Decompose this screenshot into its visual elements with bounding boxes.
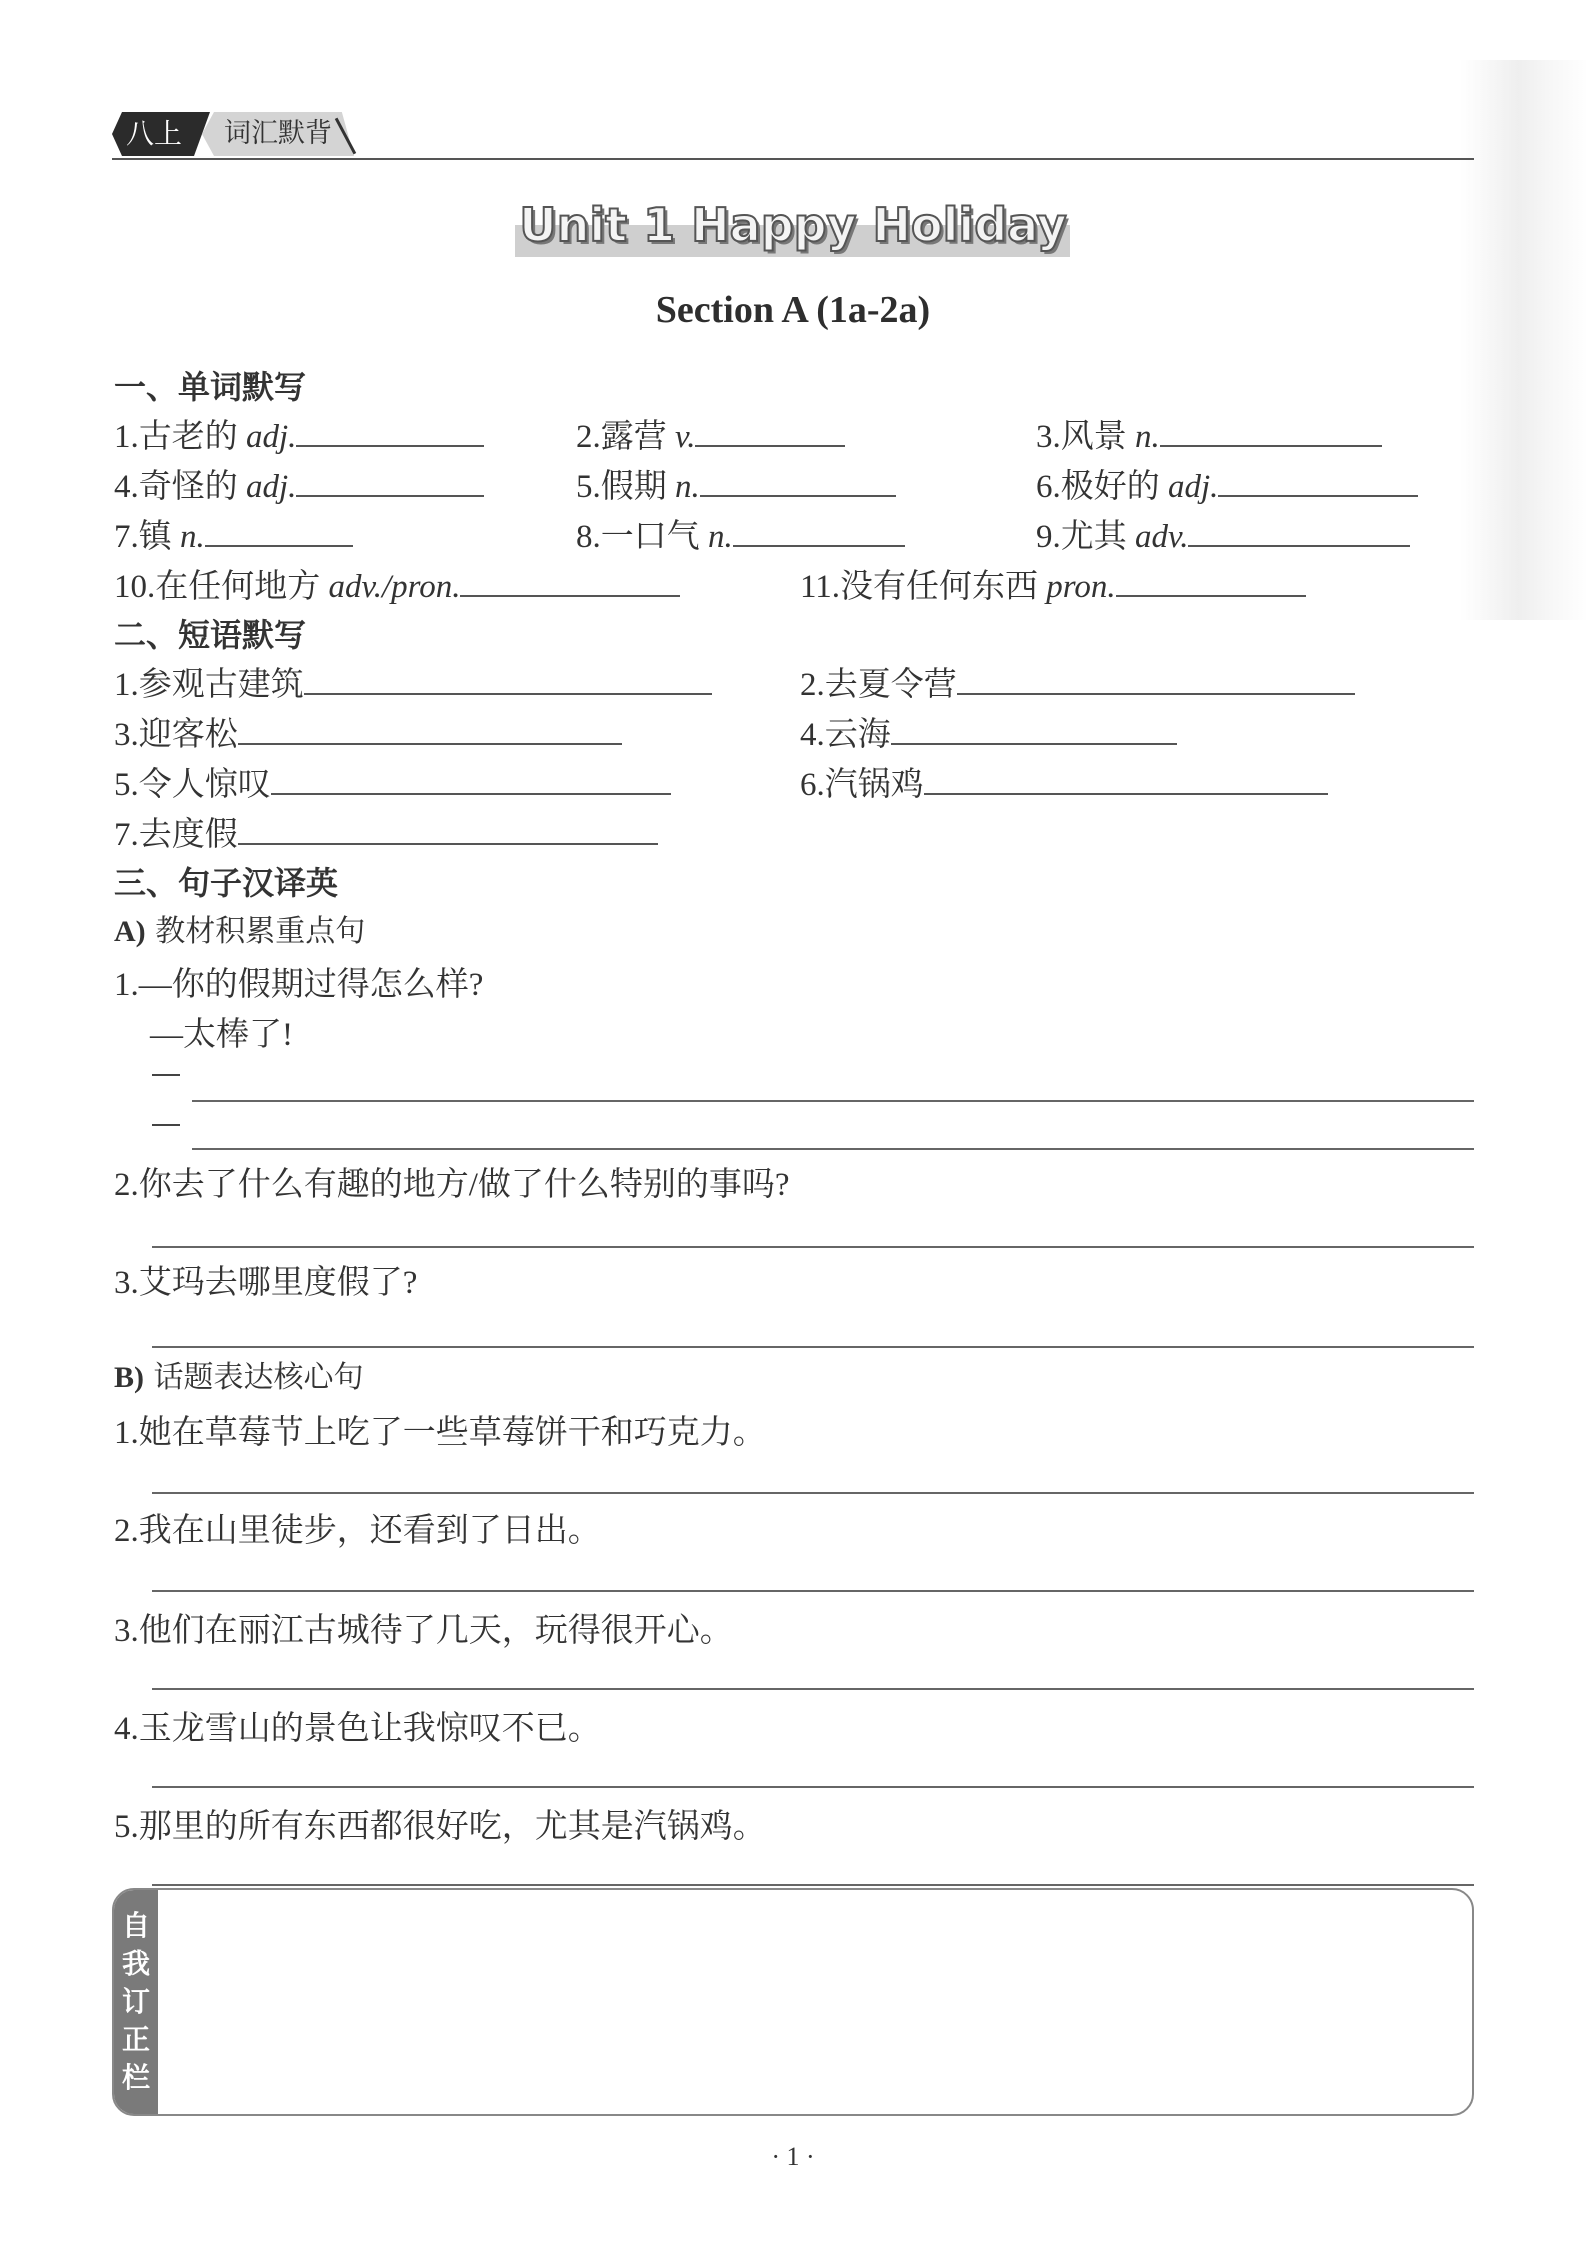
item-pos: adv. xyxy=(1135,519,1188,555)
item-pos: adj. xyxy=(1168,469,1218,505)
item-chinese: 去夏令营 xyxy=(825,667,957,703)
item-chinese: 尤其 xyxy=(1061,519,1127,555)
item-chinese: 迎客松 xyxy=(139,717,238,753)
item-number: 8. xyxy=(576,519,601,555)
item-pos: pron. xyxy=(1046,569,1115,605)
answer-blank[interactable] xyxy=(1218,494,1418,497)
word-item: 5.假期 n. xyxy=(576,460,896,507)
answer-blank[interactable] xyxy=(296,444,484,447)
item-pos: n. xyxy=(675,469,700,505)
answer-blank[interactable] xyxy=(238,842,658,845)
item-pos: adj. xyxy=(246,419,296,455)
item-chinese: 在任何地方 xyxy=(155,569,320,605)
item-number: 1. xyxy=(114,419,139,455)
item-number: 6. xyxy=(1036,469,1061,505)
answer-line[interactable] xyxy=(152,1688,1474,1690)
answer-blank[interactable] xyxy=(271,792,671,795)
sentence-item: 3.艾玛去哪里度假了? xyxy=(114,1256,417,1303)
item-chinese: 没有任何东西 xyxy=(840,569,1038,605)
item-number: 5. xyxy=(576,469,601,505)
item-number: 5. xyxy=(114,767,139,803)
word-item: 2.露营 v. xyxy=(576,410,845,457)
part1-heading: 一、单词默写 xyxy=(114,362,306,408)
item-number: 4. xyxy=(114,469,139,505)
subsection-label: B) xyxy=(114,1361,144,1394)
answer-line[interactable] xyxy=(152,1492,1474,1494)
dialogue-dash xyxy=(152,1074,180,1076)
item-number: 3. xyxy=(114,1265,139,1301)
item-chinese: 玉龙雪山的景色让我惊叹不已。 xyxy=(139,1711,601,1747)
answer-blank[interactable] xyxy=(733,544,905,547)
word-item: 6.极好的 adj. xyxy=(1036,460,1418,507)
word-item: 7.镇 n. xyxy=(114,510,353,557)
answer-line[interactable] xyxy=(192,1148,1474,1150)
word-item: 3.风景 n. xyxy=(1036,410,1382,457)
word-item: 1.古老的 adj. xyxy=(114,410,484,457)
item-chinese: 露营 xyxy=(601,419,667,455)
word-item: 8.一口气 n. xyxy=(576,510,905,557)
item-number: 9. xyxy=(1036,519,1061,555)
item-chinese: 艾玛去哪里度假了? xyxy=(139,1265,418,1301)
item-number: 3. xyxy=(114,1613,139,1649)
item-chinese: 一口气 xyxy=(601,519,700,555)
item-chinese: 他们在丽江古城待了几天，玩得很开心。 xyxy=(139,1613,733,1649)
item-chinese: 那里的所有东西都很好吃，尤其是汽锅鸡。 xyxy=(139,1809,766,1845)
item-chinese: 假期 xyxy=(601,469,667,505)
sentence-reply: —太棒了! xyxy=(150,1008,293,1055)
word-item: 9.尤其 adv. xyxy=(1036,510,1410,557)
item-number: 2. xyxy=(576,419,601,455)
item-chinese: 云海 xyxy=(825,717,891,753)
label-char: 栏 xyxy=(122,2059,150,2097)
item-chinese: —你的假期过得怎么样? xyxy=(139,967,484,1003)
answer-blank[interactable] xyxy=(296,494,484,497)
part2-heading: 二、短语默写 xyxy=(114,610,306,656)
label-char: 订 xyxy=(122,1983,150,2021)
item-chinese: 参观古建筑 xyxy=(139,667,304,703)
word-item: 10.在任何地方 adv./pron. xyxy=(114,560,680,607)
item-chinese: 去度假 xyxy=(139,817,238,853)
answer-line[interactable] xyxy=(152,1786,1474,1788)
item-chinese: 你去了什么有趣的地方/做了什么特别的事吗? xyxy=(139,1167,790,1203)
part3-heading: 三、句子汉译英 xyxy=(114,858,338,904)
item-number: 7. xyxy=(114,519,139,555)
sentence-item: 2.我在山里徒步，还看到了日出。 xyxy=(114,1504,601,1551)
item-number: 6. xyxy=(800,767,825,803)
section-title: Section A (1a-2a) xyxy=(0,288,1586,332)
self-correction-box[interactable]: 自 我 订 正 栏 xyxy=(112,1888,1474,2116)
item-number: 3. xyxy=(114,717,139,753)
page-number: · 1 · xyxy=(0,2142,1586,2172)
subsection-text: 教材积累重点句 xyxy=(155,914,365,949)
phrase-item: 7.去度假 xyxy=(114,808,658,855)
phrase-item: 1.参观古建筑 xyxy=(114,658,712,705)
answer-blank[interactable] xyxy=(460,594,680,597)
sentence-item: 3.他们在丽江古城待了几天，玩得很开心。 xyxy=(114,1604,733,1651)
item-number: 2. xyxy=(800,667,825,703)
answer-blank[interactable] xyxy=(1160,444,1382,447)
item-number: 11. xyxy=(800,569,840,605)
phrase-item: 4.云海 xyxy=(800,708,1177,755)
item-chinese: 风景 xyxy=(1061,419,1127,455)
header-rule xyxy=(112,158,1474,160)
item-number: 4. xyxy=(114,1711,139,1747)
item-number: 1. xyxy=(114,667,139,703)
answer-line[interactable] xyxy=(152,1884,1474,1886)
answer-blank[interactable] xyxy=(891,742,1177,745)
answer-blank[interactable] xyxy=(695,444,845,447)
item-chinese: 她在草莓节上吃了一些草莓饼干和巧克力。 xyxy=(139,1415,766,1451)
sentence-item: 1.—你的假期过得怎么样? xyxy=(114,958,483,1005)
dialogue-dash xyxy=(152,1124,180,1126)
answer-blank[interactable] xyxy=(238,742,622,745)
item-pos: adv./pron. xyxy=(329,569,461,605)
label-char: 自 xyxy=(122,1907,150,1945)
item-number: 10. xyxy=(114,569,155,605)
item-chinese: 镇 xyxy=(139,519,172,555)
item-number: 1. xyxy=(114,1415,139,1451)
item-number: 1. xyxy=(114,967,139,1003)
book-label: 词汇默背 xyxy=(202,112,354,156)
item-number: 5. xyxy=(114,1809,139,1845)
phrase-item: 6.汽锅鸡 xyxy=(800,758,1328,805)
item-number: 7. xyxy=(114,817,139,853)
answer-blank[interactable] xyxy=(957,692,1355,695)
grade-label: 八上 xyxy=(112,112,210,156)
label-char: 正 xyxy=(122,2021,150,2059)
answer-blank[interactable] xyxy=(1116,594,1306,597)
item-pos: n. xyxy=(1135,419,1160,455)
answer-blank[interactable] xyxy=(924,792,1328,795)
answer-blank[interactable] xyxy=(205,544,353,547)
subsection-b-title: B) 话题表达核心句 xyxy=(114,1352,364,1396)
item-number: 4. xyxy=(800,717,825,753)
label-char: 我 xyxy=(122,1945,150,1983)
answer-blank[interactable] xyxy=(700,494,896,497)
sentence-item: 5.那里的所有东西都很好吃，尤其是汽锅鸡。 xyxy=(114,1800,766,1847)
answer-line[interactable] xyxy=(152,1590,1474,1592)
item-pos: v. xyxy=(675,419,695,455)
answer-blank[interactable] xyxy=(1188,544,1410,547)
answer-line[interactable] xyxy=(192,1100,1474,1102)
phrase-item: 5.令人惊叹 xyxy=(114,758,671,805)
item-pos: adj. xyxy=(246,469,296,505)
subsection-text: 话题表达核心句 xyxy=(154,1360,364,1395)
item-chinese: 奇怪的 xyxy=(139,469,238,505)
item-number: 2. xyxy=(114,1167,139,1203)
answer-blank[interactable] xyxy=(304,692,712,695)
sentence-item: 1.她在草莓节上吃了一些草莓饼干和巧克力。 xyxy=(114,1406,766,1453)
answer-line[interactable] xyxy=(152,1346,1474,1348)
item-chinese: 我在山里徒步，还看到了日出。 xyxy=(139,1513,601,1549)
subsection-a-title: A) 教材积累重点句 xyxy=(114,906,365,950)
sentence-item: 4.玉龙雪山的景色让我惊叹不已。 xyxy=(114,1702,601,1749)
item-pos: n. xyxy=(180,519,205,555)
word-item: 4.奇怪的 adj. xyxy=(114,460,484,507)
phrase-item: 3.迎客松 xyxy=(114,708,622,755)
unit-title: Unit 1 Happy Holiday xyxy=(0,198,1586,252)
self-correction-label: 自 我 订 正 栏 xyxy=(114,1890,158,2114)
sentence-item: 2.你去了什么有趣的地方/做了什么特别的事吗? xyxy=(114,1158,790,1205)
item-pos: n. xyxy=(708,519,733,555)
scan-shadow xyxy=(1460,60,1586,620)
item-chinese: 汽锅鸡 xyxy=(825,767,924,803)
phrase-item: 2.去夏令营 xyxy=(800,658,1355,705)
word-item: 11.没有任何东西 pron. xyxy=(800,560,1306,607)
item-chinese: 古老的 xyxy=(139,419,238,455)
item-number: 3. xyxy=(1036,419,1061,455)
item-chinese: 令人惊叹 xyxy=(139,767,271,803)
subsection-label: A) xyxy=(114,915,146,948)
item-chinese: 极好的 xyxy=(1061,469,1160,505)
answer-line[interactable] xyxy=(152,1246,1474,1248)
item-number: 2. xyxy=(114,1513,139,1549)
